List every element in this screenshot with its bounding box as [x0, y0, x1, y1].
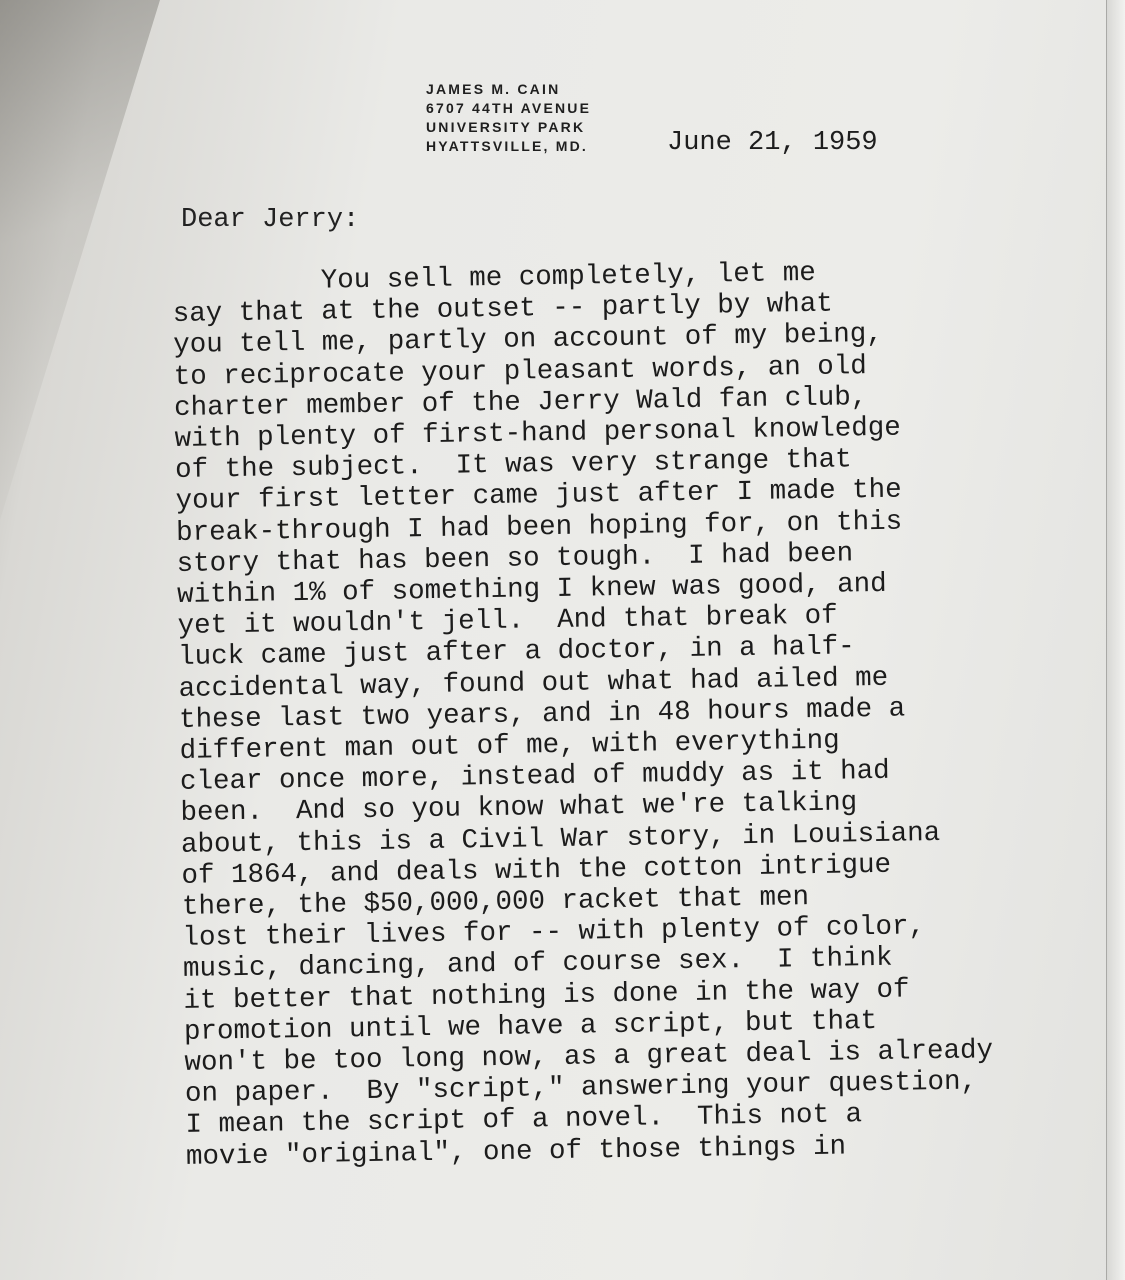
salutation: Dear Jerry: — [181, 205, 359, 235]
letterhead-street: 6707 44TH AVENUE — [426, 99, 591, 118]
letterhead-city: HYATTSVILLE, MD. — [426, 137, 591, 156]
letter-body: You sell me completely, let mesay that a… — [172, 255, 995, 1172]
letterhead-name: JAMES M. CAIN — [426, 80, 591, 99]
letterhead-area: UNIVERSITY PARK — [426, 118, 591, 137]
letterhead: JAMES M. CAIN 6707 44TH AVENUE UNIVERSIT… — [426, 80, 591, 156]
letter-date: June 21, 1959 — [667, 128, 878, 158]
paper-edge — [1106, 0, 1125, 1280]
